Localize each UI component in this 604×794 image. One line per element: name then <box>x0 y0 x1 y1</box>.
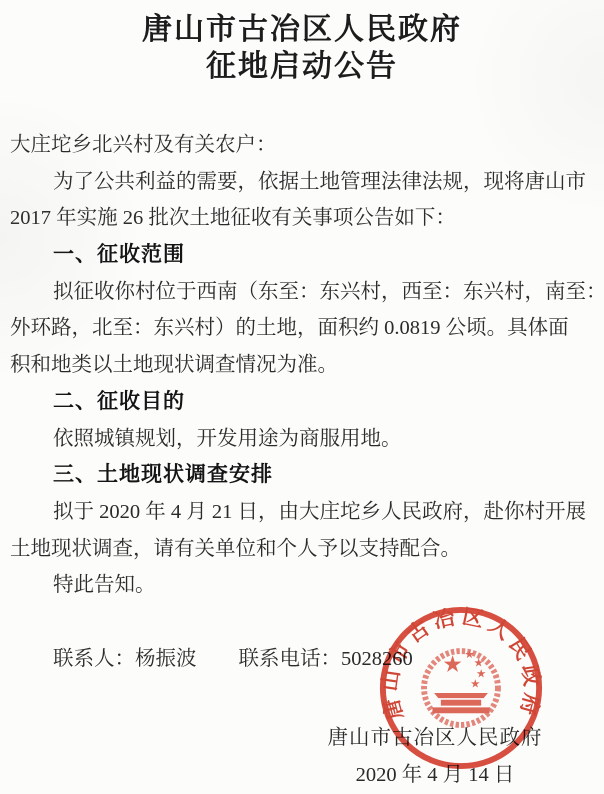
section-1-line-1: 拟征收你村位于西南（东至：东兴村，西至：东兴村，南至： <box>10 274 596 311</box>
emblem-gate-icon <box>432 693 489 713</box>
section-1-heading: 一、征收范围 <box>10 237 596 274</box>
document-title-subject: 征地启动公告 <box>0 41 604 85</box>
contact-line: 联系人：杨振波联系电话：5028260 <box>53 641 413 671</box>
document-page: 唐山市古冶区人民政府 征地启动公告 大庄坨乡北兴村及有关农户： 为了公共利益的需… <box>0 0 604 794</box>
emblem-small-star-icon <box>471 679 480 687</box>
intro-line-2: 2017 年实施 26 批次土地征收有关事项公告如下： <box>10 200 596 237</box>
section-1-line-2: 外环路，北至：东兴村）的土地，面积约 0.0819 公顷。具体面 <box>10 310 596 347</box>
contact-person: 联系人：杨振波 <box>53 648 197 670</box>
salutation-line: 大庄坨乡北兴村及有关农户： <box>10 127 596 164</box>
section-2-heading: 二、征收目的 <box>10 384 596 421</box>
section-2-line-1: 依照城镇规划，开发用途为商服用地。 <box>10 421 596 458</box>
section-3-line-2: 土地现状调查，请有关单位和个人予以支持配合。 <box>10 531 596 568</box>
contact-phone: 联系电话：5028260 <box>239 648 413 670</box>
signature-date: 2020 年 4 月 14 日 <box>305 757 565 787</box>
closing-line: 特此告知。 <box>10 567 596 604</box>
section-3-heading: 三、土地现状调查安排 <box>10 457 596 494</box>
emblem-large-star-icon <box>444 655 462 672</box>
section-3-line-1: 拟于 2020 年 4 月 21 日，由大庄坨乡人民政府，赴你村开展 <box>10 494 596 531</box>
section-1-line-3: 积和地类以土地现状调查情况为准。 <box>10 347 596 384</box>
national-emblem-icon <box>424 650 498 725</box>
document-body: 大庄坨乡北兴村及有关农户： 为了公共利益的需要，依据土地管理法律法规，现将唐山市… <box>10 127 596 604</box>
emblem-small-star-icon <box>465 650 474 658</box>
signature-issuer: 唐山市古冶区人民政府 <box>305 720 565 750</box>
intro-line-1: 为了公共利益的需要，依据土地管理法律法规，现将唐山市 <box>10 164 596 201</box>
emblem-small-star-icon <box>474 658 483 666</box>
emblem-small-star-icon <box>477 669 486 677</box>
